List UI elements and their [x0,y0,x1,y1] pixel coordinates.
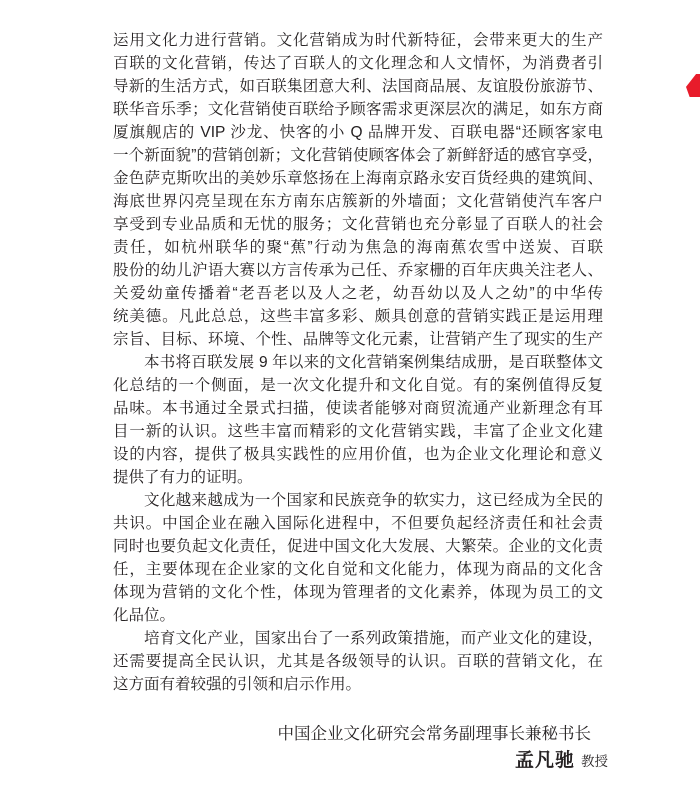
text-line: 导新的生活方式，如百联集团意大利、法国商品展、友谊股份旅游节、 [113,75,603,98]
text-line: 一个新面貌”的营销创新；文化营销使顾客体会了新鲜舒适的感官享受， [113,144,603,167]
signature-title: 教授 [581,754,608,769]
text-line: 培育文化产业，国家出台了一系列政策措施，而产业文化的建设， [113,627,603,650]
text-line: 这方面有着较强的引领和启示作用。 [113,673,603,696]
book-page: { "page": { "background": "#ffffff", "te… [0,0,700,794]
text-line: 运用文化力进行营销。文化营销成为时代新特征，会带来更大的生产力。 [113,29,603,52]
signature-block: 中国企业文化研究会常务副理事长兼秘书长 孟凡驰教授 [113,722,608,774]
body-text: 运用文化力进行营销。文化营销成为时代新特征，会带来更大的生产力。百联的文化营销，… [113,29,603,696]
text-line: 关爱幼童传播着“老吾老以及人之老，幼吾幼以及人之幼”的中华传 [113,282,603,305]
text-line: 统美德。凡此总总，这些丰富多彩、颇具创意的营销实践正是运用理念、 [113,305,603,328]
text-line: 品味。本书通过全景式扫描，使读者能够对商贸流通产业新理念有耳 [113,397,603,420]
signature-name: 孟凡驰 [515,750,575,771]
text-line: 责任，如杭州联华的聚“蕉”行动为焦急的海南蕉农雪中送炭、百联 [113,236,603,259]
text-line: 股份的幼儿沪语大赛以方言传承为己任、乔家栅的百年庆典关注老人、 [113,259,603,282]
text-line: 共识。中国企业在融入国际化进程中，不但要负起经济责任和社会责任， [113,512,603,535]
text-line: 还需要提高全民认识，尤其是各级领导的认识。百联的营销文化，在 [113,650,603,673]
red-accent-shape [686,74,700,97]
text-line: 金色萨克斯吹出的美妙乐章悠扬在上海南京路永安百货经典的建筑间、 [113,167,603,190]
text-line: 本书将百联发展 9 年以来的文化营销案例集结成册，是百联整体文 [113,351,603,374]
paragraph: 文化越来越成为一个国家和民族竞争的软实力，这已经成为全民的共识。中国企业在融入国… [113,489,603,627]
text-line: 享受到专业品质和无忧的服务；文化营销也充分彰显了百联人的社会 [113,213,603,236]
text-line: 体现为营销的文化个性，体现为管理者的文化素养，体现为员工的文 [113,581,603,604]
text-line: 化品位。 [113,604,603,627]
text-line: 任，主要体现在企业家的文化自觉和文化能力，体现为商品的文化含量， [113,558,603,581]
paragraph: 培育文化产业，国家出台了一系列政策措施，而产业文化的建设，还需要提高全民认识，尤… [113,627,603,696]
text-line: 目一新的认识。这些丰富而精彩的文化营销实践，丰富了企业文化建 [113,420,603,443]
text-line: 海底世界闪亮呈现在东方南东店簇新的外墙面；文化营销使汽车客户 [113,190,603,213]
text-line: 提供了有力的证明。 [113,466,603,489]
text-line: 宗旨、目标、环境、个性、品牌等文化元素，让营销产生了现实的生产力。 [113,328,603,351]
text-line: 同时也要负起文化责任，促进中国文化大发展、大繁荣。企业的文化责 [113,535,603,558]
signature-name-row: 孟凡驰教授 [113,748,608,774]
text-line: 文化越来越成为一个国家和民族竞争的软实力，这已经成为全民的 [113,489,603,512]
text-line: 百联的文化营销，传达了百联人的文化理念和人文情怀，为消费者引 [113,52,603,75]
paragraph: 运用文化力进行营销。文化营销成为时代新特征，会带来更大的生产力。百联的文化营销，… [113,29,603,351]
text-line: 厦旗舰店的 VIP 沙龙、快客的小 Q 品牌开发、百联电器“还顾客家电 [113,121,603,144]
paragraph: 本书将百联发展 9 年以来的文化营销案例集结成册，是百联整体文化总结的一个侧面，… [113,351,603,489]
signature-affiliation: 中国企业文化研究会常务副理事长兼秘书长 [113,722,608,746]
text-line: 联华音乐季；文化营销使百联给予顾客需求更深层次的满足，如东方商 [113,98,603,121]
text-line: 化总结的一个侧面，是一次文化提升和文化自觉。有的案例值得反复 [113,374,603,397]
text-line: 设的内容，提供了极具实践性的应用价值，也为企业文化理论和意义 [113,443,603,466]
